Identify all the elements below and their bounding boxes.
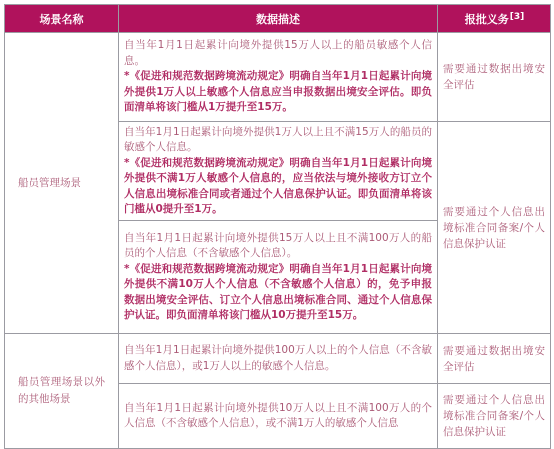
description-cell: 自当年1月1日起累计向境外提供15万人以上的船员敏感个人信息。 *《促进和规范数… [119, 33, 438, 122]
description-regulation-note: *《促进和规范数据跨境流动规定》明确自当年1月1日起累计向境外提供不满10万人个… [124, 262, 432, 324]
description-intro: 自当年1月1日起累计向境外提供100万人以上的个人信息（不含敏感个人信息），或1… [124, 343, 432, 374]
description-regulation-note: *《促进和规范数据跨境流动规定》明确自当年1月1日起累计向境外提供1万人以上敏感… [124, 69, 432, 116]
description-cell: 自当年1月1日起累计向境外提供10万人以上且不满100万人的个人信息（不含敏感个… [119, 384, 438, 449]
description-regulation-note: *《促进和规范数据跨境流动规定》明确自当年1月1日起累计向境外提供不满1万人敏感… [124, 156, 432, 218]
table-row: 船员管理场景以外的其他场景 自当年1月1日起累计向境外提供100万人以上的个人信… [5, 334, 551, 384]
table-header-row: 场景名称 数据描述 报批义务[3] [5, 5, 551, 33]
header-approval-obligation-label: 报批义务 [465, 13, 509, 26]
description-intro: 自当年1月1日起累计向境外提供15万人以上且不满100万人的船员的个人信息（不含… [124, 231, 432, 262]
description-cell: 自当年1月1日起累计向境外提供1万人以上且不满15万人的船员的敏感个人信息。 *… [119, 122, 438, 221]
data-export-obligation-table: 场景名称 数据描述 报批义务[3] 船员管理场景 自当年1月1日起累计向境外提供… [4, 4, 551, 449]
description-cell: 自当年1月1日起累计向境外提供100万人以上的个人信息（不含敏感个人信息），或1… [119, 334, 438, 384]
header-scenario-name: 场景名称 [5, 5, 119, 33]
scenario-cell-crew-management: 船员管理场景 [5, 33, 119, 334]
description-cell: 自当年1月1日起累计向境外提供15万人以上且不满100万人的船员的个人信息（不含… [119, 221, 438, 334]
obligation-cell: 需要通过数据出境安全评估 [438, 334, 551, 384]
description-intro: 自当年1月1日起累计向境外提供15万人以上的船员敏感个人信息。 [124, 38, 432, 69]
obligation-cell: 需要通过个人信息出境标准合同备案/个人信息保护认证 [438, 122, 551, 334]
table-row: 船员管理场景 自当年1月1日起累计向境外提供15万人以上的船员敏感个人信息。 *… [5, 33, 551, 122]
header-approval-obligation: 报批义务[3] [438, 5, 551, 33]
footnote-ref-3: [3] [510, 12, 525, 22]
scenario-cell-other-scenarios: 船员管理场景以外的其他场景 [5, 334, 119, 449]
obligation-cell: 需要通过数据出境安全评估 [438, 33, 551, 122]
header-data-description: 数据描述 [119, 5, 438, 33]
description-intro: 自当年1月1日起累计向境外提供10万人以上且不满100万人的个人信息（不含敏感个… [124, 401, 432, 432]
description-intro: 自当年1月1日起累计向境外提供1万人以上且不满15万人的船员的敏感个人信息。 [124, 125, 432, 156]
obligation-cell: 需要通过个人信息出境标准合同备案/个人信息保护认证 [438, 384, 551, 449]
